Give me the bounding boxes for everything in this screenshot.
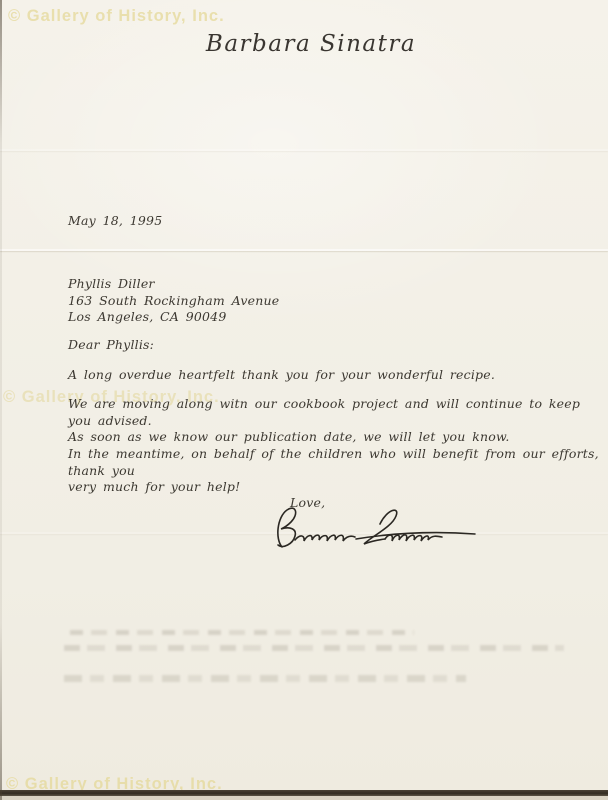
signature-stroke <box>278 508 475 547</box>
ghost-text-line <box>64 645 564 651</box>
recipient-street: 163 South Rockingham Avenue <box>68 293 279 310</box>
recipient-city: Los Angeles, CA 90049 <box>68 309 279 326</box>
body-line: very much for your help! <box>68 479 608 496</box>
ghost-text-line <box>64 675 466 682</box>
barbara-sinatra-signature <box>268 501 488 557</box>
watermark-top: © Gallery of History, Inc. <box>8 7 225 26</box>
date-line: May 18, 1995 <box>68 213 162 230</box>
salutation: Dear Phyllis: <box>68 337 154 354</box>
paper-crease <box>0 149 608 151</box>
letter-page: © Gallery of History, Inc. Barbara Sinat… <box>0 0 608 800</box>
recipient-name: Phyllis Diller <box>68 276 279 293</box>
ghost-text-line <box>70 630 414 635</box>
letterhead-name: Barbara Sinatra <box>0 31 608 57</box>
paragraph: In the meantime, on behalf of the childr… <box>68 446 608 496</box>
body-line: As soon as we know our publication date,… <box>68 429 608 446</box>
paragraph: We are moving along witn our cookbook pr… <box>68 396 608 446</box>
photo-left-edge <box>0 0 2 800</box>
body-line: We are moving along witn our cookbook pr… <box>68 396 608 429</box>
photo-bottom-margin <box>0 796 608 800</box>
paper-crease <box>0 249 608 251</box>
body-line: In the meantime, on behalf of the childr… <box>68 446 608 479</box>
paragraph: A long overdue heartfelt thank you for y… <box>68 367 495 384</box>
recipient-block: Phyllis Diller 163 South Rockingham Aven… <box>68 276 279 326</box>
body-line: A long overdue heartfelt thank you for y… <box>68 367 495 384</box>
